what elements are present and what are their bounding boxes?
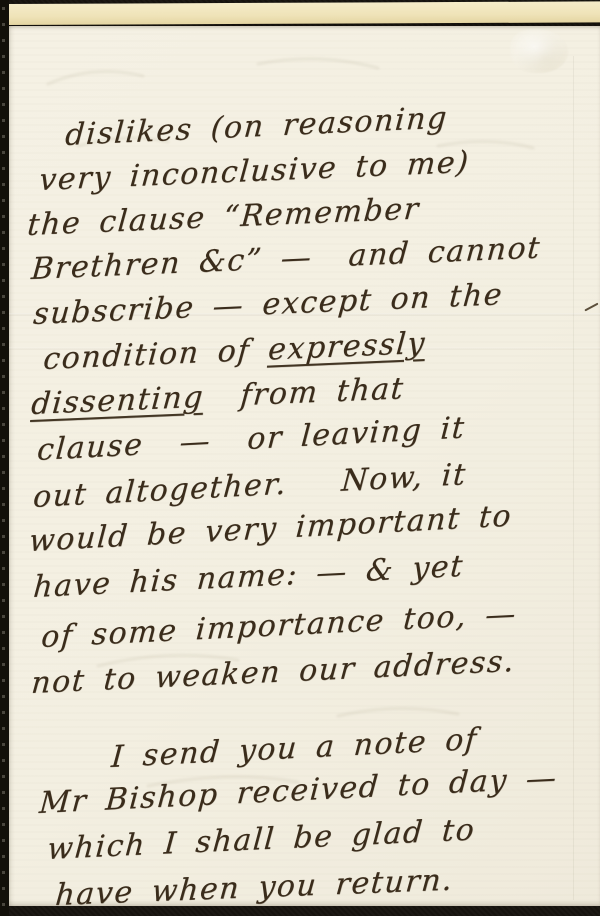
handwriting-line: subscribe — except on the [32,277,505,332]
handwriting-line: dislikes (on reasoning [64,100,449,153]
handwriting-line: condition of expressly [42,326,427,377]
album-spine [0,0,9,916]
letter-page: dislikes (on reasoningvery inconclusive … [8,26,600,906]
handwriting-line: have when you return. [54,863,455,913]
handwriting-line: which I shall be glad to [46,812,477,867]
handwriting-line: very inconclusive to me) [38,145,471,198]
handwriting-line: the clause “Remember [26,191,421,243]
letter-body: dislikes (on reasoningvery inconclusive … [8,26,600,906]
handwriting-line: not to weaken our address. [30,644,517,701]
manuscript-photo: dislikes (on reasoningvery inconclusive … [0,0,600,916]
handwriting-line: have his name: — & yet [32,549,465,605]
handwriting-line: dissenting from that [30,371,406,422]
underlying-page-edge [7,1,600,25]
